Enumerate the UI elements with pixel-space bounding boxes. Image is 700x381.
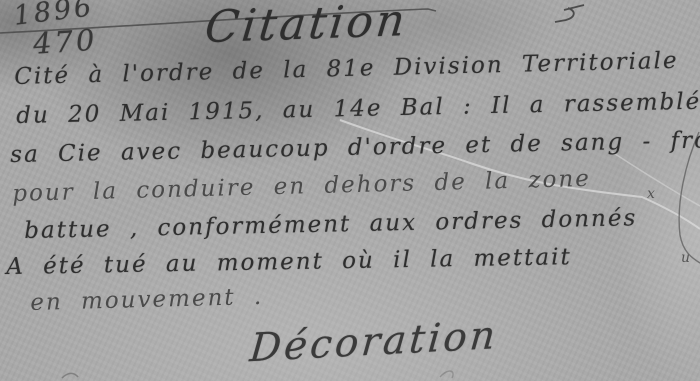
x-mark-after-zone: x <box>647 186 655 202</box>
bottom-center-faint-stroke <box>440 371 453 378</box>
document-title: Citation <box>203 0 410 53</box>
citation-line-4: pour la conduire en dehors de la zone <box>12 166 591 207</box>
decoration-section-heading: Décoration <box>248 313 500 371</box>
registry-number: 470 <box>32 23 99 61</box>
citation-line-5: battue , conformément aux ordres donnés <box>24 205 638 244</box>
citation-line-1: Cité à l'ordre de la 81e Division Territ… <box>14 48 679 90</box>
u-mark-after-mettait: u <box>681 250 690 266</box>
bottom-left-faint-stroke <box>62 373 78 378</box>
citation-line-7: en mouvement . <box>30 284 264 316</box>
scanned-citation-document: 1896 470 Citation Cité à l'ordre de la 8… <box>0 0 700 381</box>
citation-line-2: du 20 Mai 1915, au 14e Bal : Il a rassem… <box>16 89 700 129</box>
citation-line-3: sa Cie avec beaucoup d'ordre et de sang … <box>10 127 700 168</box>
crease-line-right <box>612 152 700 206</box>
citation-line-6: A été tué au moment où il la mettait <box>6 244 572 280</box>
corner-squiggle-mark <box>555 5 584 22</box>
